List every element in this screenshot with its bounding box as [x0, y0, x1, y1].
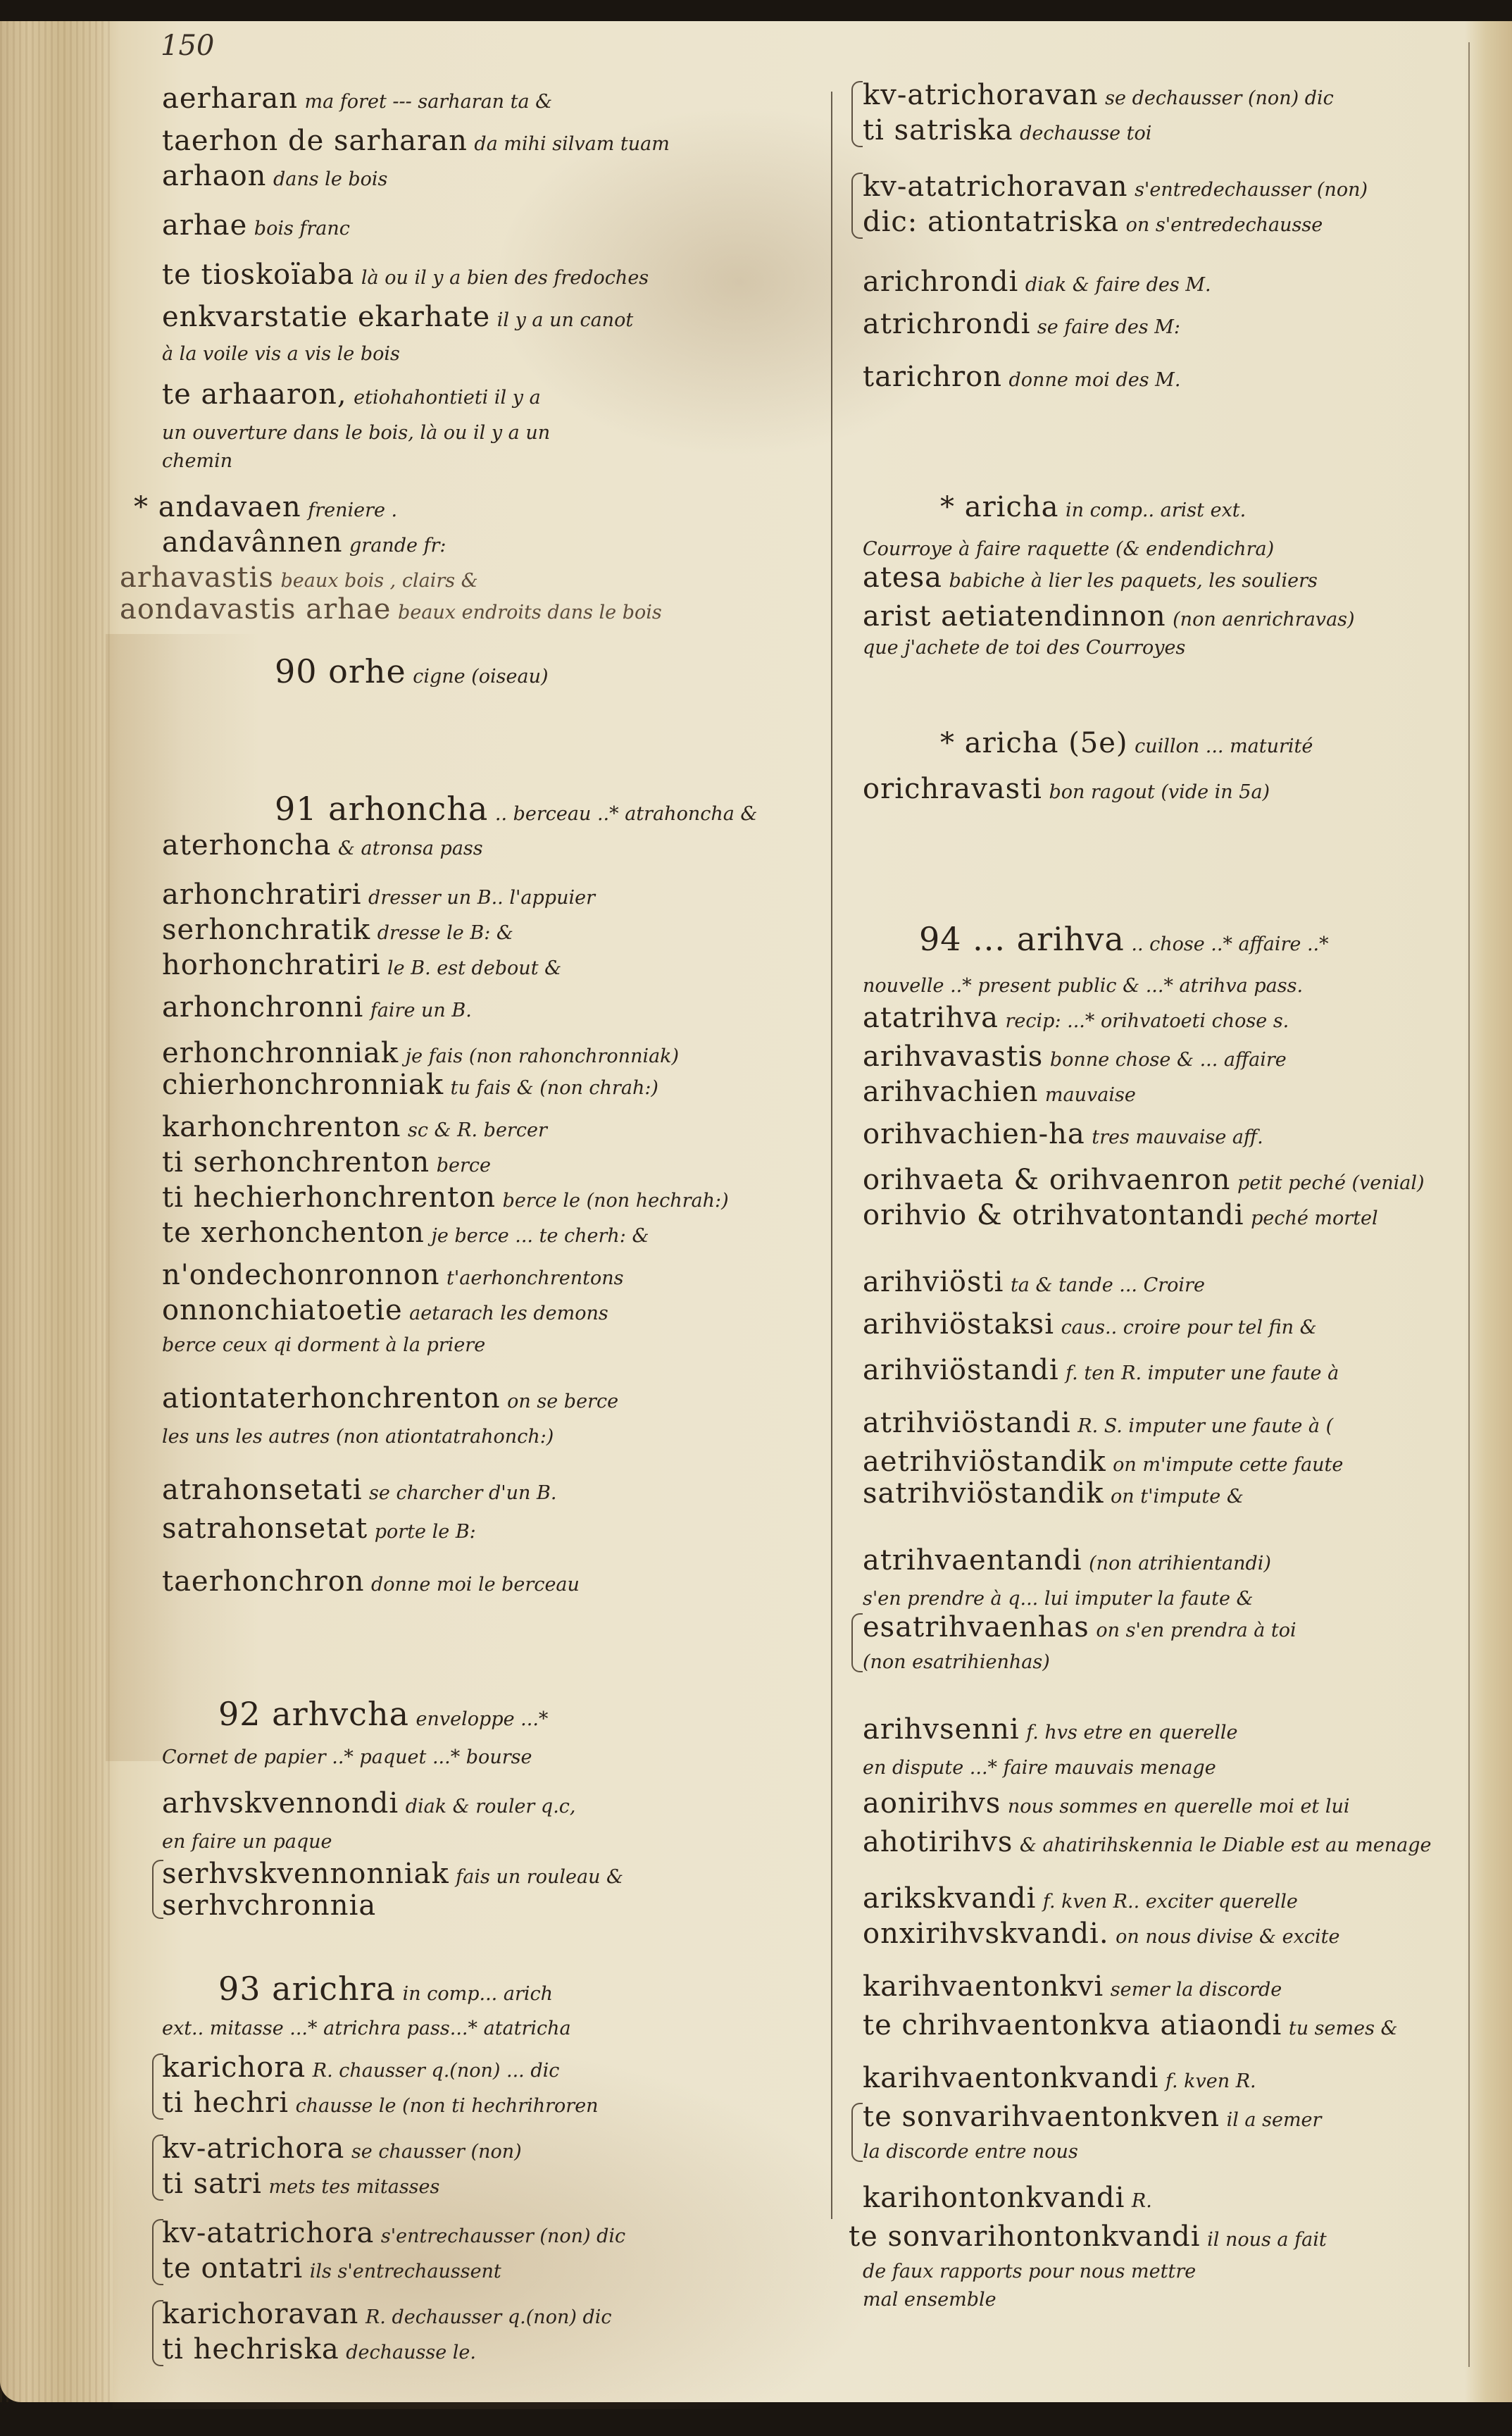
entry-line: Courroye à faire raquette (& endendichra…: [863, 532, 1274, 560]
entry-line: ti serhonchrenton berce: [162, 1148, 491, 1176]
entry-line: aondavastis arhae beaux endroits dans le…: [120, 595, 662, 623]
bracket-mark: [851, 173, 863, 239]
entry-line: serhonchratik dresse le B: &: [162, 916, 513, 944]
entry-line: ti hechri chausse le (non ti hechrihrore…: [162, 2089, 599, 2117]
entry-line: en dispute ...* faire mauvais menage: [863, 1751, 1216, 1779]
entry-line: aerharan ma foret --- sarharan ta &: [162, 85, 552, 113]
entry-line: aterhoncha & atronsa pass: [162, 831, 483, 859]
entry-line: enkvarstatie ekarhate il y a un canot: [162, 303, 633, 331]
entry-line: aonirihvs nous sommes en querelle moi et…: [863, 1789, 1350, 1817]
entry-line: onnonchiatoetie aetarach les demons: [162, 1296, 608, 1324]
entry-line: atatrihva recip: ...* orihvatoeti chose …: [863, 1004, 1289, 1032]
entry-line: ationtaterhonchrenton on se berce: [162, 1384, 618, 1412]
entry-line: arihviösti ta & tande ... Croire: [863, 1268, 1205, 1296]
entry-line: n'ondechonronnon t'aerhonchrentons: [162, 1261, 623, 1289]
entry-line: karihontonkvandi R.: [863, 2184, 1152, 2212]
entry-line: de faux rapports pour nous mettre: [863, 2254, 1196, 2282]
entry-line: arikskvandi f. kven R.. exciter querelle: [863, 1884, 1298, 1913]
entry-heading: 92 arhvcha enveloppe ...*: [218, 1698, 548, 1730]
entry-line: satrihviöstandik on t'impute &: [863, 1479, 1244, 1508]
entry-line: à la voile vis a vis le bois: [162, 337, 400, 365]
entry-line: arihviöstaksi caus.. croire pour tel fin…: [863, 1310, 1317, 1338]
page-number: 150: [161, 30, 214, 62]
entry-line: andavânnen grande fr:: [162, 528, 446, 557]
book-page-edges: [0, 21, 113, 2402]
entry-line: te sonvarihvaentonkven il a semer: [863, 2103, 1321, 2131]
entry-line: ahotirihvs & ahatirihskennia le Diable e…: [863, 1828, 1432, 1856]
entry-line: karihvaentonkvandi f. kven R.: [863, 2064, 1256, 2092]
entry-line: kv-atatrichoravan s'entredechausser (non…: [863, 173, 1368, 201]
entry-line: serhvchronnia: [162, 1891, 376, 1920]
entry-line: taerhon de sarharan da mihi silvam tuam: [162, 127, 670, 155]
entry-line: les uns les autres (non ationtatrahonch:…: [162, 1419, 554, 1448]
entry-line: arhaon dans le bois: [162, 162, 387, 190]
entry-line: ext.. mitasse ...* atrichra pass...* ata…: [162, 2011, 571, 2039]
bracket-mark: [152, 2053, 163, 2120]
entry-line: dic: ationtatriska on s'entredechausse: [863, 208, 1323, 236]
entry-line: arhae bois franc: [162, 211, 350, 240]
entry-heading: 91 arhoncha .. berceau ..* atrahoncha &: [275, 793, 757, 825]
entry-line: karihvaentonkvi semer la discorde: [863, 1972, 1282, 2001]
entry-heading: 90 orhe cigne (oiseau): [275, 655, 549, 688]
entry-line: orichravasti bon ragout (vide in 5a): [863, 775, 1270, 803]
entry-heading: * aricha (5e) cuillon ... maturité: [940, 729, 1313, 757]
entry-line: karhonchrenton sc & R. bercer: [162, 1113, 547, 1141]
entry-line: atrahonsetati se charcher d'un B.: [162, 1476, 556, 1504]
entry-line: ti hechriska dechausse le.: [162, 2335, 476, 2363]
entry-line: mal ensemble: [863, 2282, 996, 2311]
entry-line: kv-atrichora se chausser (non): [162, 2134, 522, 2163]
entry-line: ti satriska dechausse toi: [863, 116, 1151, 144]
entry-line: ti satri mets tes mitasses: [162, 2170, 439, 2198]
right-margin-rule: [1468, 42, 1470, 2367]
entry-line: te ontatri ils s'entrechaussent: [162, 2254, 501, 2282]
entry-line: karichoravan R. dechausser q.(non) dic: [162, 2300, 612, 2328]
entry-line: karichora R. chausser q.(non) ... dic: [162, 2053, 559, 2082]
entry-line: chierhonchronniak tu fais & (non chrah:): [162, 1071, 658, 1099]
entry-line: te arhaaron, etiohahontieti il y a: [162, 380, 541, 409]
entry-line: en faire un paque: [162, 1825, 332, 1853]
entry-line: arhavastis beaux bois , clairs &: [120, 564, 478, 592]
entry-line: chemin: [162, 444, 232, 472]
bracket-mark: [152, 1860, 163, 1919]
entry-line: nouvelle ..* present public & ...* atrih…: [863, 969, 1303, 997]
entry-line: atrichrondi se faire des M:: [863, 310, 1180, 338]
entry-line: arhonchratiri dresser un B.. l'appuier: [162, 881, 595, 909]
column-divider-rule: [831, 92, 832, 2219]
entry-line: te chrihvaentonkva atiaondi tu semes &: [863, 2011, 1398, 2039]
entry-line: serhvskvennonniak fais un rouleau &: [162, 1860, 623, 1888]
entry-line: atrihvaentandi (non atrihientandi): [863, 1546, 1271, 1574]
entry-line: Cornet de papier ..* paquet ...* bourse: [162, 1740, 532, 1768]
entry-line: atesa babiche à lier les paquets, les so…: [863, 564, 1318, 592]
entry-line: satrahonsetat porte le B:: [162, 1515, 476, 1543]
entry-line: arihvavastis bonne chose & ... affaire: [863, 1043, 1287, 1071]
entry-line: que j'achete de toi des Courroyes: [863, 630, 1185, 659]
entry-line: te sonvarihontonkvandi il nous a fait: [849, 2223, 1327, 2251]
entry-line: arihvachien mauvaise: [863, 1078, 1136, 1106]
bracket-mark: [851, 2103, 863, 2162]
entry-heading: 94 ... arihva .. chose ..* affaire ..*: [919, 923, 1329, 955]
entry-line: orihvaeta & orihvaenron petit peché (ven…: [863, 1166, 1425, 1194]
entry-line: s'en prendre à q... lui imputer la faute…: [863, 1581, 1254, 1610]
entry-line: ti hechierhonchrenton berce le (non hech…: [162, 1183, 729, 1212]
entry-line: tarichron donne moi des M.: [863, 363, 1180, 391]
entry-line: arihvsenni f. hvs etre en querelle: [863, 1715, 1238, 1744]
entry-line: arihviöstandi f. ten R. imputer une faut…: [863, 1356, 1339, 1384]
entry-line: erhonchronniak je fais (non rahonchronni…: [162, 1039, 679, 1067]
entry-line: atrihviöstandi R. S. imputer une faute à…: [863, 1409, 1333, 1437]
entry-line: aetrihviöstandik on m'impute cette faute: [863, 1448, 1343, 1476]
bracket-mark: [152, 2219, 163, 2285]
entry-line: orihvachien-ha tres mauvaise aff.: [863, 1120, 1263, 1148]
entry-line: horhonchratiri le B. est debout &: [162, 951, 561, 979]
entry-line: onxirihvskvandi. on nous divise & excite: [863, 1920, 1339, 1948]
entry-line: te tioskoïaba là ou il y a bien des fred…: [162, 261, 649, 289]
bracket-mark: [851, 1613, 863, 1672]
entry-line: te xerhonchenton je berce ... te cherh: …: [162, 1219, 649, 1247]
entry-line: * andavaen freniere .: [134, 493, 397, 521]
bracket-mark: [152, 2300, 163, 2366]
entry-line: arist aetiatendinnon (non aenrichravas): [863, 602, 1355, 630]
entry-line: orihvio & otrihvatontandi peché mortel: [863, 1201, 1378, 1229]
bracket-mark: [152, 2134, 163, 2201]
entry-line: arhvskvennondi diak & rouler q.c,: [162, 1789, 576, 1817]
entry-line: la discorde entre nous: [863, 2134, 1078, 2163]
entry-line: un ouverture dans le bois, là ou il y a …: [162, 416, 550, 444]
entry-line: (non esatrihienhas): [863, 1645, 1050, 1673]
entry-line: kv-atrichoravan se dechausser (non) dic: [863, 81, 1334, 109]
entry-line: berce ceux qi dorment à la priere: [162, 1328, 485, 1356]
entry-line: taerhonchron donne moi le berceau: [162, 1567, 580, 1596]
entry-line: esatrihvaenhas on s'en prendra à toi: [863, 1613, 1297, 1641]
bracket-mark: [851, 81, 863, 147]
entry-heading: * aricha in comp.. arist ext.: [940, 493, 1246, 521]
entry-line: arichrondi diak & faire des M.: [863, 268, 1211, 296]
entry-line: arhonchronni faire un B.: [162, 993, 472, 1021]
entry-line: kv-atatrichora s'entrechausser (non) dic: [162, 2219, 625, 2247]
entry-heading: 93 arichra in comp... arich: [218, 1972, 553, 2005]
